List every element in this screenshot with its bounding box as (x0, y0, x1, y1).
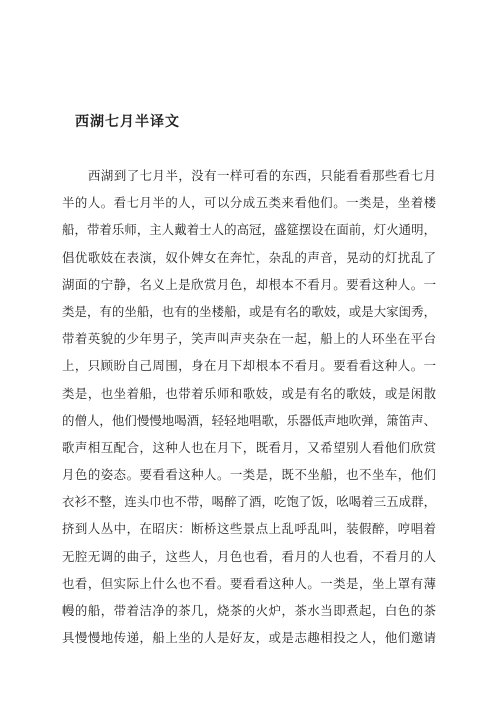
paragraph-line: 类是，也坐着船，也带着乐师和歌妓，或是有名的歌妓，或是闲散 (62, 381, 436, 408)
paragraph-line: 倡优歌妓在表演，奴仆婢女在奔忙，杂乱的声音，晃动的灯扰乱了 (62, 245, 436, 272)
paragraph-line: 具慢慢地传递，船上坐的人是好友，或是志趣相投之人，他们邀请 (62, 625, 436, 652)
paragraph-line: 无腔无调的曲子，这些人，月色也看，看月的人也看，不看月的人 (62, 544, 436, 571)
paragraph-line: 挤到人丛中，在昭庆：断桥这些景点上乱呼乱叫，装假醉，哼唱着 (62, 516, 436, 543)
paragraph-line: 类是，有的坐船，也有的坐楼船，或是有名的歌妓，或是大家闺秀， (62, 299, 436, 326)
paragraph-line: 的僧人，他们慢慢地喝酒，轻轻地唱歌，乐器低声地吹弹，箫笛声、 (62, 408, 436, 435)
paragraph-line: 上，只顾盼自己周围，身在月下却根本不看月。要看看这种人。一 (62, 353, 436, 380)
document-page: 西湖七月半译文 西湖到了七月半，没有一样可看的东西，只能看看那些看七月 半的人。… (0, 0, 500, 707)
paragraph-line: 也看，但实际上什么也不看。要看看这种人。一类是，坐上罩有薄 (62, 571, 436, 598)
paragraph: 西湖到了七月半，没有一样可看的东西，只能看看那些看七月 半的人。看七月半的人，可… (62, 163, 436, 652)
paragraph-line: 西湖到了七月半，没有一样可看的东西，只能看看那些看七月 (62, 163, 436, 190)
paragraph-line: 半的人。看七月半的人，可以分成五类来看他们。一类是，坐着楼 (62, 190, 436, 217)
paragraph-line: 月色的姿态。要看看这种人。一类是，既不坐船，也不坐车，他们 (62, 462, 436, 489)
paragraph-line: 带着英貌的少年男子，笑声叫声夹杂在一起，船上的人环坐在平台 (62, 326, 436, 353)
paragraph-line: 幔的船，带着洁净的茶几，烧茶的火炉，茶水当即煮起，白色的茶 (62, 598, 436, 625)
paragraph-line: 歌声相互配合，这种人也在月下，既看月，又希望别人看他们欣赏 (62, 435, 436, 462)
paragraph-line: 湖面的宁静，名义上是欣赏月色，却根本不看月。要看这种人。一 (62, 272, 436, 299)
paragraph-line: 衣衫不整，连头巾也不带，喝醉了酒，吃饱了饭，吆喝着三五成群， (62, 489, 436, 516)
paragraph-line: 船，带着乐师，主人戴着士人的高冠，盛筵摆设在面前，灯火通明， (62, 217, 436, 244)
document-title: 西湖七月半译文 (75, 112, 500, 134)
